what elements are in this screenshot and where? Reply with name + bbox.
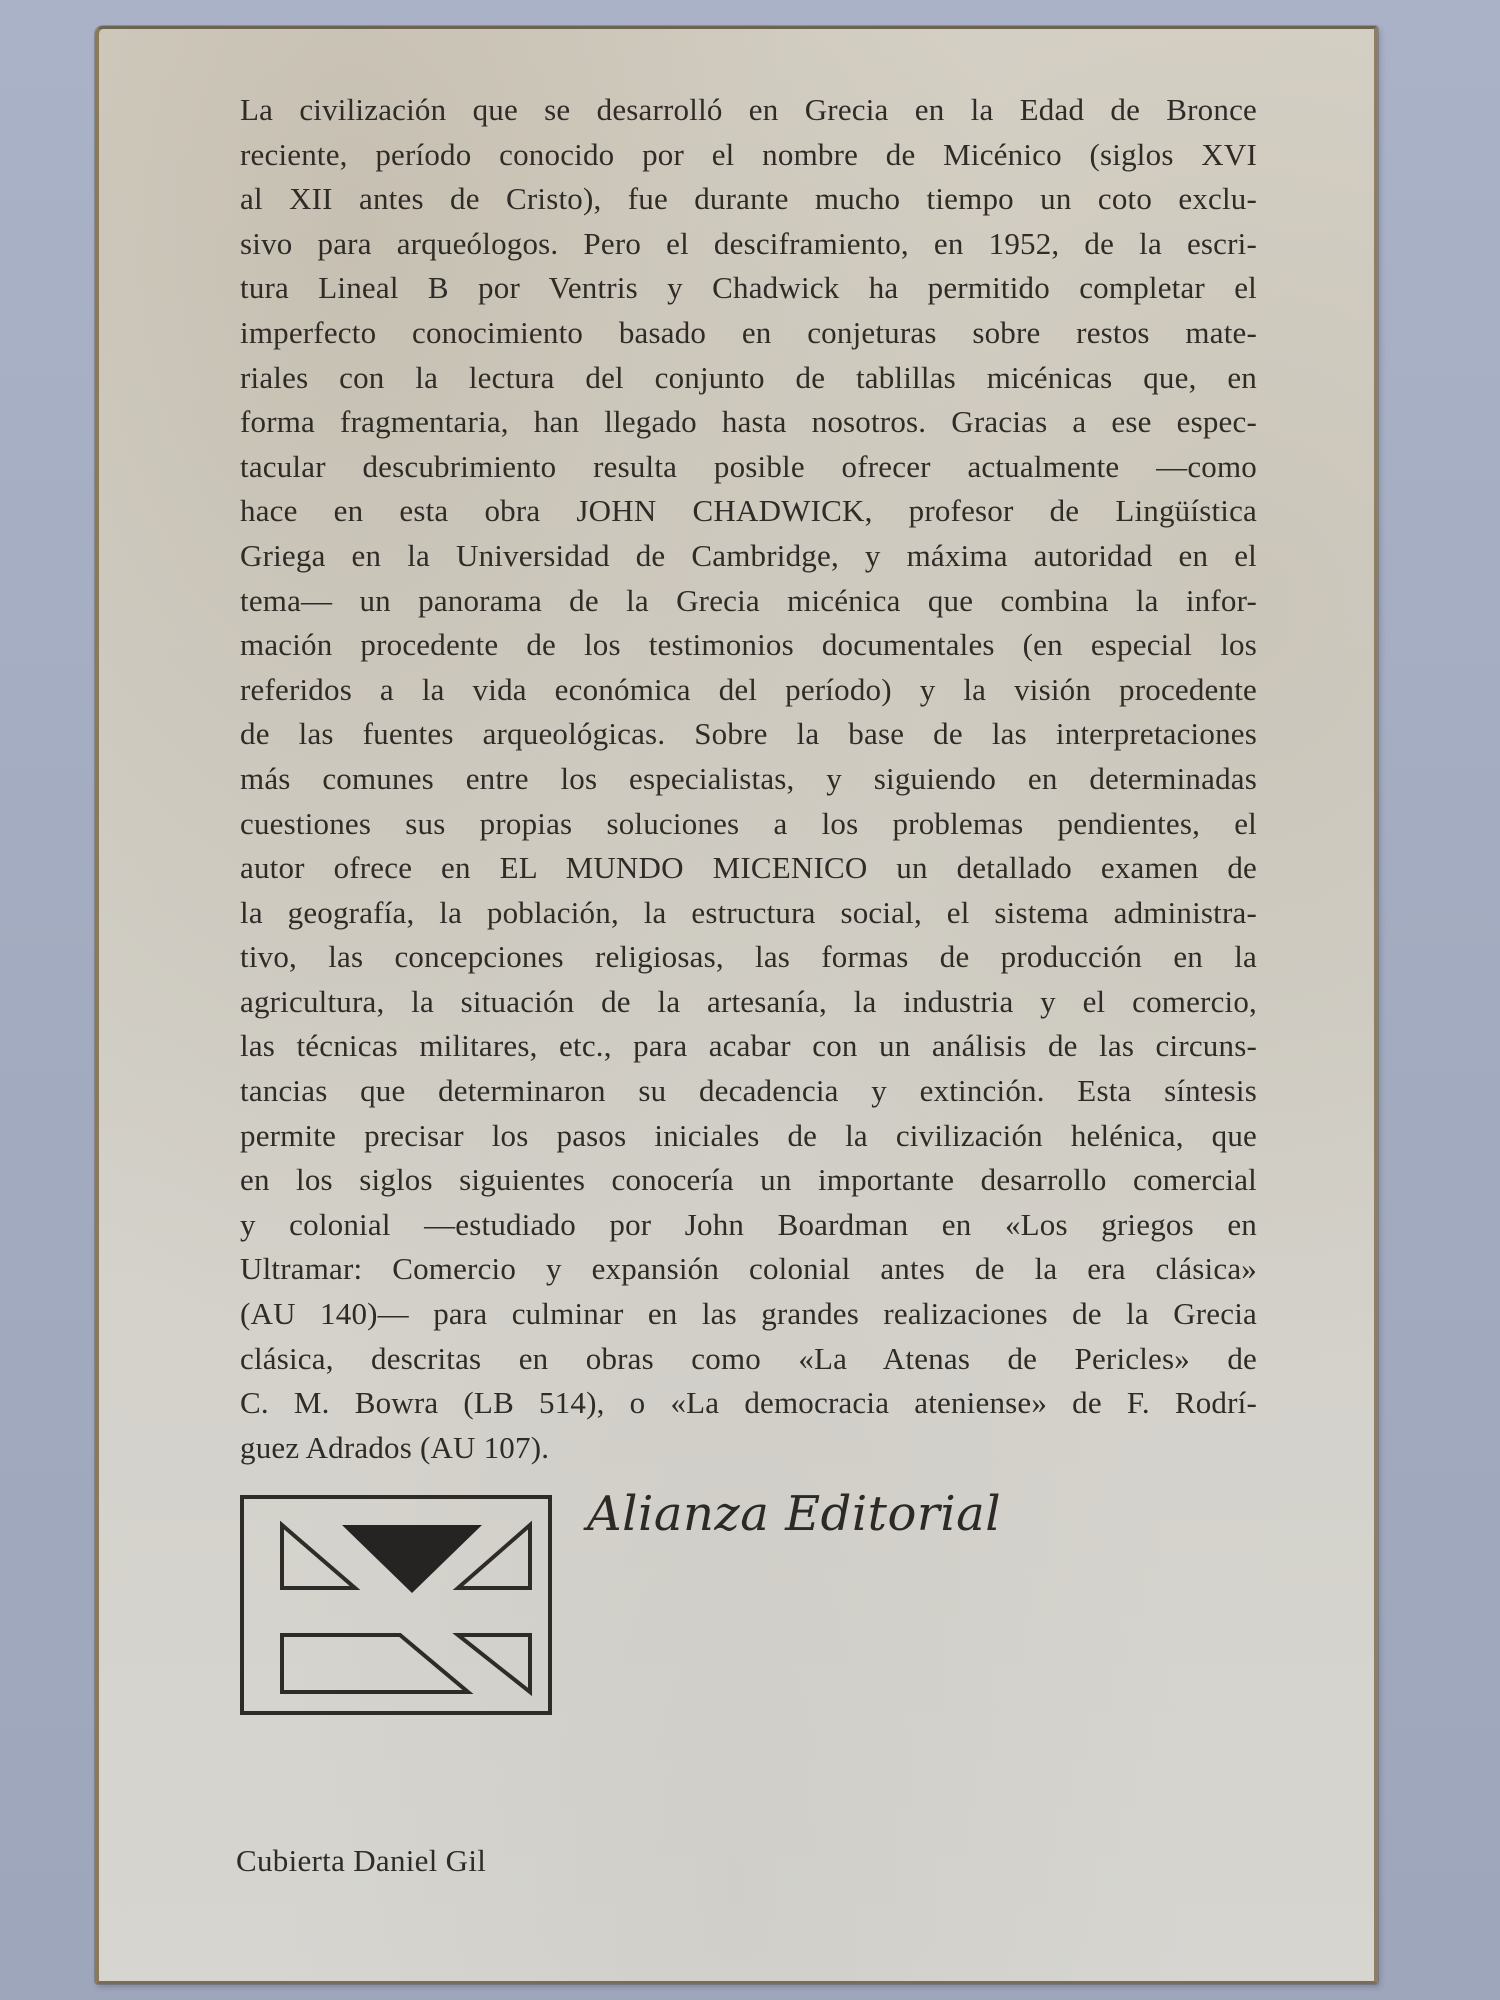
blurb-line: Griega en la Universidad de Cambridge, y… bbox=[240, 534, 1257, 579]
blurb-line: clásica, descritas en obras como «La Ate… bbox=[240, 1337, 1257, 1382]
blurb-line: reciente, período conocido por el nombre… bbox=[240, 133, 1257, 178]
blurb-line: forma fragmentaria, han llegado hasta no… bbox=[240, 400, 1257, 445]
blurb-line: de las fuentes arqueológicas. Sobre la b… bbox=[240, 712, 1257, 757]
blurb-line: (AU 140)— para culminar en las grandes r… bbox=[240, 1292, 1257, 1337]
blurb-line: permite precisar los pasos iniciales de … bbox=[240, 1114, 1257, 1159]
blurb-line: tivo, las concepciones religiosas, las f… bbox=[240, 935, 1257, 980]
blurb-line: La civilización que se desarrolló en Gre… bbox=[240, 88, 1257, 133]
blurb-line: guez Adrados (AU 107). bbox=[240, 1426, 1257, 1471]
publisher-name: Alianza Editorial bbox=[587, 1486, 1001, 1542]
cover-credit: Cubierta Daniel Gil bbox=[236, 1843, 486, 1879]
blurb-line: tema— un panorama de la Grecia micénica … bbox=[240, 579, 1257, 624]
blurb-line: cuestiones sus propias soluciones a los … bbox=[240, 802, 1257, 847]
blurb-line: agricultura, la situación de la artesaní… bbox=[240, 980, 1257, 1025]
blurb-line: referidos a la vida económica del períod… bbox=[240, 668, 1257, 713]
blurb-line: autor ofrece en EL MUNDO MICENICO un det… bbox=[240, 846, 1257, 891]
blurb-line: sivo para arqueólogos. Pero el descifram… bbox=[240, 222, 1257, 267]
blurb-line: Ultramar: Comercio y expansión colonial … bbox=[240, 1247, 1257, 1292]
blurb-line: tacular descubrimiento resulta posible o… bbox=[240, 445, 1257, 490]
blurb-line: la geografía, la población, la estructur… bbox=[240, 891, 1257, 936]
blurb-text: La civilización que se desarrolló en Gre… bbox=[240, 88, 1257, 1470]
blurb-line: y colonial —estudiado por John Boardman … bbox=[240, 1203, 1257, 1248]
blurb-line: tura Lineal B por Ventris y Chadwick ha … bbox=[240, 266, 1257, 311]
blurb-line: al XII antes de Cristo), fue durante muc… bbox=[240, 177, 1257, 222]
blurb-line: en los siglos siguientes conocería un im… bbox=[240, 1158, 1257, 1203]
blurb-line: más comunes entre los especialistas, y s… bbox=[240, 757, 1257, 802]
blurb-line: tancias que determinaron su decadencia y… bbox=[240, 1069, 1257, 1114]
blurb-line: C. M. Bowra (LB 514), o «La democracia a… bbox=[240, 1381, 1257, 1426]
alianza-editorial-logo-icon bbox=[240, 1495, 552, 1715]
blurb-line: mación procedente de los testimonios doc… bbox=[240, 623, 1257, 668]
blurb-line: hace en esta obra JOHN CHADWICK, profeso… bbox=[240, 489, 1257, 534]
blurb-line: riales con la lectura del conjunto de ta… bbox=[240, 356, 1257, 401]
blurb-line: las técnicas militares, etc., para acaba… bbox=[240, 1024, 1257, 1069]
blurb-line: imperfecto conocimiento basado en conjet… bbox=[240, 311, 1257, 356]
